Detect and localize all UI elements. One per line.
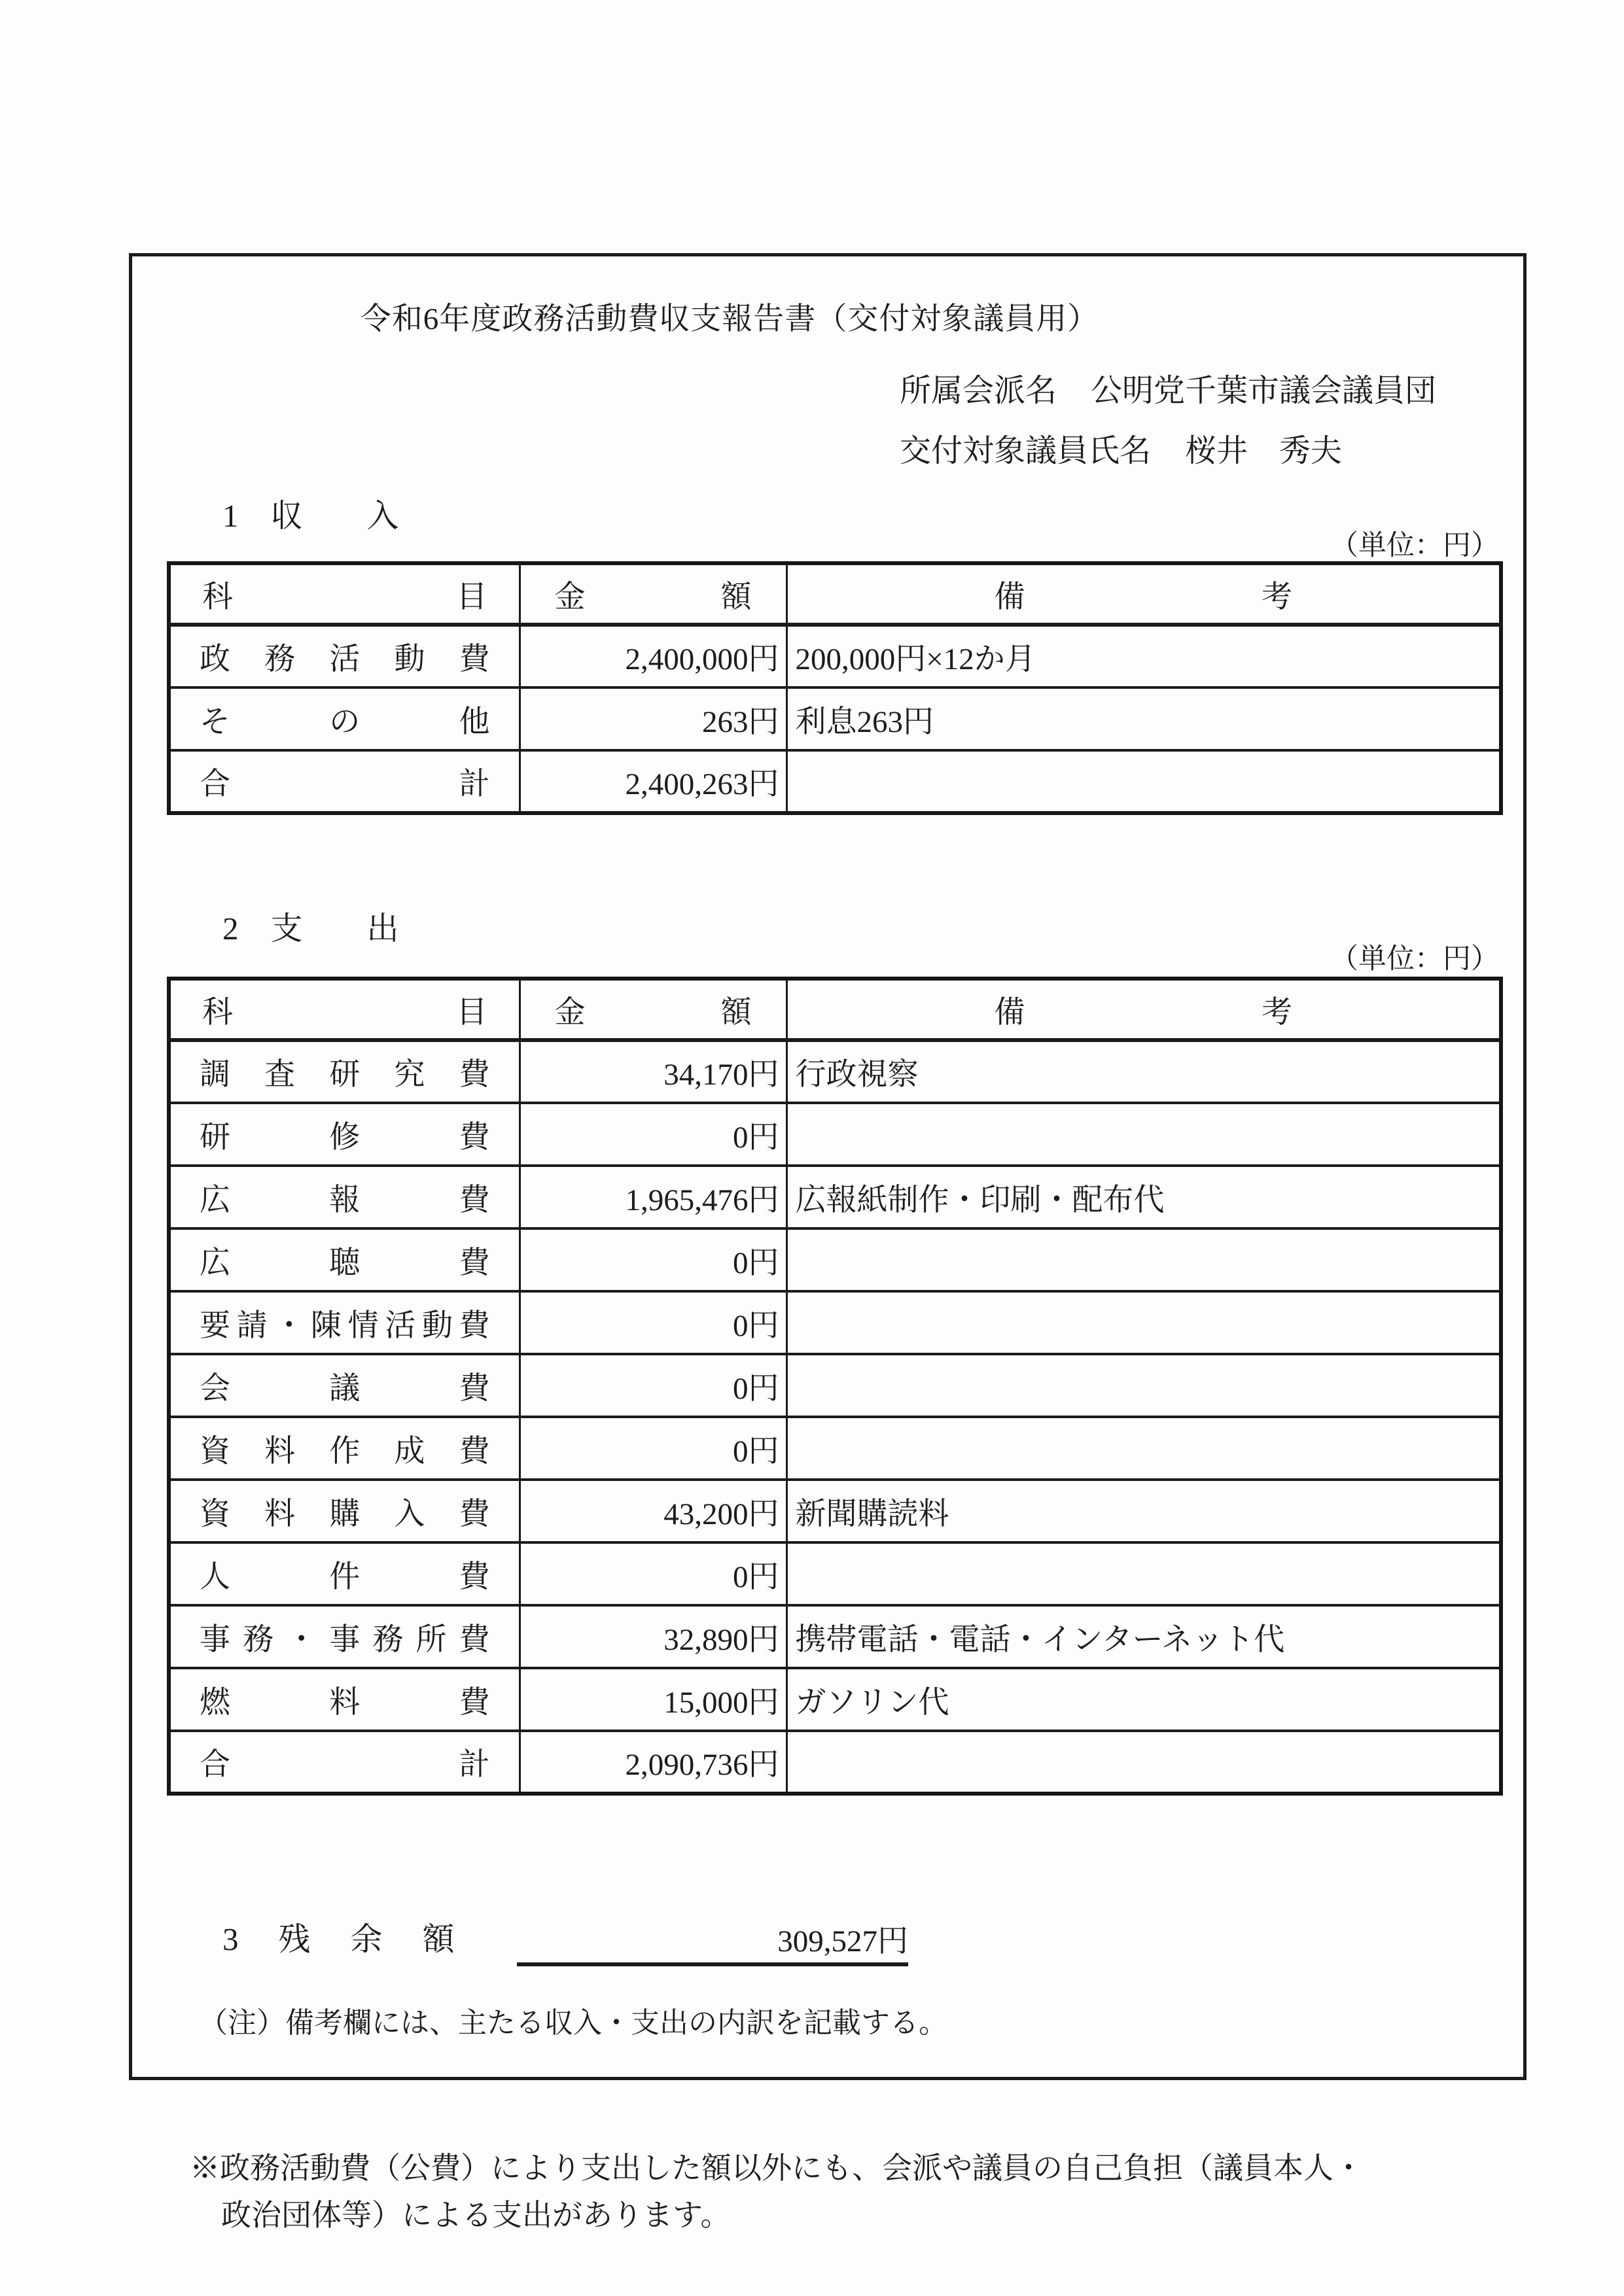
note-cell xyxy=(786,1417,1501,1480)
category-cell: 合計 xyxy=(169,1731,520,1794)
remark-note: （注）備考欄には、主たる収入・支出の内訳を記載する。 xyxy=(199,1999,947,2041)
category-cell: 政務活動費 xyxy=(169,625,520,687)
category-cell: 人件費 xyxy=(169,1542,520,1605)
income-header-note: 備考 xyxy=(786,563,1501,625)
expense-row: 調査研究費 34,170円 行政視察 xyxy=(169,1040,1501,1103)
category-cell: 調査研究費 xyxy=(169,1040,520,1103)
category-cell: 燃料費 xyxy=(169,1668,520,1731)
expense-header-note: 備考 xyxy=(786,979,1501,1040)
note-cell xyxy=(786,1291,1501,1354)
note-cell xyxy=(786,1542,1501,1605)
note-cell: 行政視察 xyxy=(786,1040,1501,1103)
amount-cell: 43,200円 xyxy=(520,1480,786,1542)
note-cell xyxy=(786,1103,1501,1166)
note-cell: ガソリン代 xyxy=(786,1668,1501,1731)
expense-row: 要請・陳情活動費 0円 xyxy=(169,1291,1501,1354)
balance-amount: 309,527円 xyxy=(517,1917,908,1960)
note-cell xyxy=(786,1731,1501,1794)
amount-cell: 2,090,736円 xyxy=(520,1731,786,1794)
amount-cell: 0円 xyxy=(520,1291,786,1354)
category-cell: 資料作成費 xyxy=(169,1417,520,1480)
expense-row: 資料作成費 0円 xyxy=(169,1417,1501,1480)
category-cell: 事務・事務所費 xyxy=(169,1605,520,1668)
amount-cell: 0円 xyxy=(520,1228,786,1291)
expense-row: 研修費 0円 xyxy=(169,1103,1501,1166)
amount-cell: 34,170円 xyxy=(520,1040,786,1103)
amount-cell: 0円 xyxy=(520,1354,786,1417)
category-cell: 会議費 xyxy=(169,1354,520,1417)
note-cell: 新聞購読料 xyxy=(786,1480,1501,1542)
category-cell: その他 xyxy=(169,687,520,750)
expense-header-amount: 金額 xyxy=(520,979,786,1040)
note-cell: 200,000円×12か月 xyxy=(786,625,1501,687)
expense-total-row: 合計 2,090,736円 xyxy=(169,1731,1501,1794)
note-cell: 携帯電話・電話・インターネット代 xyxy=(786,1605,1501,1668)
faction-value: 公明党千葉市議会議員団 xyxy=(1091,365,1436,410)
income-header-row: 科目 金額 備考 xyxy=(169,563,1501,625)
document-title: 令和6年度政務活動費収支報告書（交付対象議員用） xyxy=(132,294,1523,338)
note-cell: 利息263円 xyxy=(786,687,1501,750)
note-cell xyxy=(786,1228,1501,1291)
faction-line: 所属会派名 公明党千葉市議会議員団 xyxy=(900,365,1436,410)
scanned-report-page: 令和6年度政務活動費収支報告書（交付対象議員用） 所属会派名 公明党千葉市議会議… xyxy=(0,0,1624,2296)
category-cell: 要請・陳情活動費 xyxy=(169,1291,520,1354)
expense-header-row: 科目 金額 備考 xyxy=(169,979,1501,1040)
member-label: 交付対象議員氏名 xyxy=(900,425,1151,470)
member-value: 桜井 秀夫 xyxy=(1185,425,1342,470)
income-table: 科目 金額 備考 政務活動費 2,400,000円 200,000円×12か月 … xyxy=(167,561,1503,815)
member-line: 交付対象議員氏名 桜井 秀夫 xyxy=(900,425,1342,470)
note-cell xyxy=(786,750,1501,813)
amount-cell: 0円 xyxy=(520,1542,786,1605)
expense-row: 資料購入費 43,200円 新聞購読料 xyxy=(169,1480,1501,1542)
expense-unit-note: （単位：円） xyxy=(132,937,1499,977)
expense-row: 事務・事務所費 32,890円 携帯電話・電話・インターネット代 xyxy=(169,1605,1501,1668)
expense-row: 燃料費 15,000円 ガソリン代 xyxy=(169,1668,1501,1731)
balance-underline xyxy=(517,1962,908,1966)
faction-label: 所属会派名 xyxy=(900,365,1057,410)
amount-cell: 32,890円 xyxy=(520,1605,786,1668)
income-header-category: 科目 xyxy=(169,563,520,625)
expense-header-category: 科目 xyxy=(169,979,520,1040)
amount-cell: 1,965,476円 xyxy=(520,1166,786,1228)
amount-cell: 0円 xyxy=(520,1417,786,1480)
note-cell: 広報紙制作・印刷・配布代 xyxy=(786,1166,1501,1228)
income-row: その他 263円 利息263円 xyxy=(169,687,1501,750)
category-cell: 広報費 xyxy=(169,1166,520,1228)
amount-cell: 2,400,263円 xyxy=(520,750,786,813)
expense-row: 人件費 0円 xyxy=(169,1542,1501,1605)
amount-cell: 2,400,000円 xyxy=(520,625,786,687)
footnote-line-1: ※政務活動費（公費）により支出した額以外にも、会派や議員の自己負担（議員本人・ xyxy=(190,2144,1364,2187)
amount-cell: 0円 xyxy=(520,1103,786,1166)
amount-cell: 15,000円 xyxy=(520,1668,786,1731)
expense-row: 広聴費 0円 xyxy=(169,1228,1501,1291)
category-cell: 研修費 xyxy=(169,1103,520,1166)
category-cell: 広聴費 xyxy=(169,1228,520,1291)
income-header-amount: 金額 xyxy=(520,563,786,625)
category-cell: 資料購入費 xyxy=(169,1480,520,1542)
footnote-line-2: 政治団体等）による支出があります。 xyxy=(221,2191,730,2235)
expense-row: 広報費 1,965,476円 広報紙制作・印刷・配布代 xyxy=(169,1166,1501,1228)
expense-table: 科目 金額 備考 調査研究費 34,170円 行政視察 研修費 0円 広報費 1… xyxy=(167,977,1503,1796)
income-total-row: 合計 2,400,263円 xyxy=(169,750,1501,813)
expense-row: 会議費 0円 xyxy=(169,1354,1501,1417)
category-cell: 合計 xyxy=(169,750,520,813)
amount-cell: 263円 xyxy=(520,687,786,750)
document-border: 令和6年度政務活動費収支報告書（交付対象議員用） 所属会派名 公明党千葉市議会議… xyxy=(129,253,1527,2080)
balance-section-heading: 3 残 余 額 xyxy=(222,1914,459,1960)
income-unit-note: （単位：円） xyxy=(132,523,1499,563)
note-cell xyxy=(786,1354,1501,1417)
income-row: 政務活動費 2,400,000円 200,000円×12か月 xyxy=(169,625,1501,687)
